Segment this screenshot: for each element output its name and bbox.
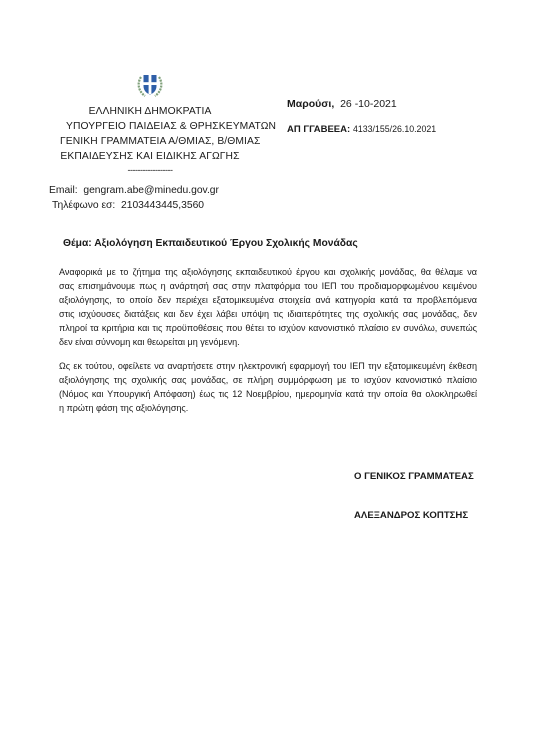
text-line: πληροί τα κριτήρια και τις προϋποθέσεις … [59, 321, 477, 335]
phone-number: 2103443445,3560 [121, 200, 204, 211]
sender-line: ΕΛΛΗΝΙΚΗ ΔΗΜΟΚΡΑΤΙΑ [60, 104, 240, 119]
reference-number: 4133/155/26.10.2021 [353, 124, 436, 134]
text-line: σας επισημάνουμε πως η ανάρτησή σας στην… [59, 279, 477, 293]
greek-coat-of-arms-icon [135, 69, 165, 99]
email-address: gengram.abe@minedu.gov.gr [83, 185, 219, 196]
date: 26 -10-2021 [340, 98, 397, 110]
sender-line: ΕΚΠΑΙΔΕΥΣΗΣ ΚΑΙ ΕΙΔΙΚΗΣ ΑΓΩΓΗΣ [60, 149, 240, 164]
text-line: (Νόμος και Υπουργική Απόφαση) έως τις 12… [59, 387, 477, 401]
reference-label: ΑΠ ΓΓΑΒΕΕΑ: [287, 124, 350, 135]
sender-line: ΓΕΝΙΚΗ ΓΡΑΜΜΑΤΕΙΑ Α/ΘΜΙΑΣ, Β/ΘΜΙΑΣ [60, 134, 240, 149]
signatory-title: Ο ΓΕΝΙΚΟΣ ΓΡΑΜΜΑΤΕΑΣ [354, 471, 474, 482]
text-line: στις ισχύουσες διατάξεις και δεν έχει λά… [59, 307, 477, 321]
signatory-name: ΑΛΕΞΑΝΔΡΟΣ ΚΟΠΤΣΗΣ [354, 510, 468, 521]
text-line: αξιολόγησης της σχολικής σας μονάδας, σε… [59, 373, 477, 387]
paragraph: Αναφορικά με το ζήτημα της αξιολόγησης ε… [59, 265, 477, 350]
place: Μαρούσι, [287, 98, 334, 110]
sender-header: ΕΛΛΗΝΙΚΗ ΔΗΜΟΚΡΑΤΙΑ ΥΠΟΥΡΓΕΙΟ ΠΑΙΔΕΙΑΣ &… [60, 104, 240, 176]
sender-line: ΥΠΟΥΡΓΕΙΟ ΠΑΙΔΕΙΑΣ & ΘΡΗΣΚΕΥΜΑΤΩΝ [66, 119, 240, 134]
text-line: αξιολόγησης, το οποίο δεν περιέχει εξατο… [59, 293, 477, 307]
text-line: Αναφορικά με το ζήτημα της αξιολόγησης ε… [59, 265, 477, 279]
subject-line: Θέμα: Αξιολόγηση Εκπαιδευτικού Έργου Σχο… [63, 238, 358, 249]
separator: ------------------ [60, 164, 240, 176]
phone-label: Τηλέφωνο εσ: [52, 200, 115, 211]
text-line: η πρώτη φάση της αξιολόγησης. [59, 401, 477, 415]
document-meta: Μαρούσι, 26 -10-2021 ΑΠ ΓΓΑΒΕΕΑ: 4133/15… [287, 97, 436, 137]
letter-body: Αναφορικά με το ζήτημα της αξιολόγησης ε… [59, 265, 477, 424]
contact-info: Email: gengram.abe@minedu.gov.gr Τηλέφων… [49, 183, 219, 213]
text-line: δεν είναι σύννομη και θεωρείται μη γενόμ… [59, 335, 477, 349]
text-line: Ως εκ τούτου, οφείλετε να αναρτήσετε στη… [59, 359, 477, 373]
paragraph: Ως εκ τούτου, οφείλετε να αναρτήσετε στη… [59, 359, 477, 415]
email-label: Email: [49, 185, 78, 196]
